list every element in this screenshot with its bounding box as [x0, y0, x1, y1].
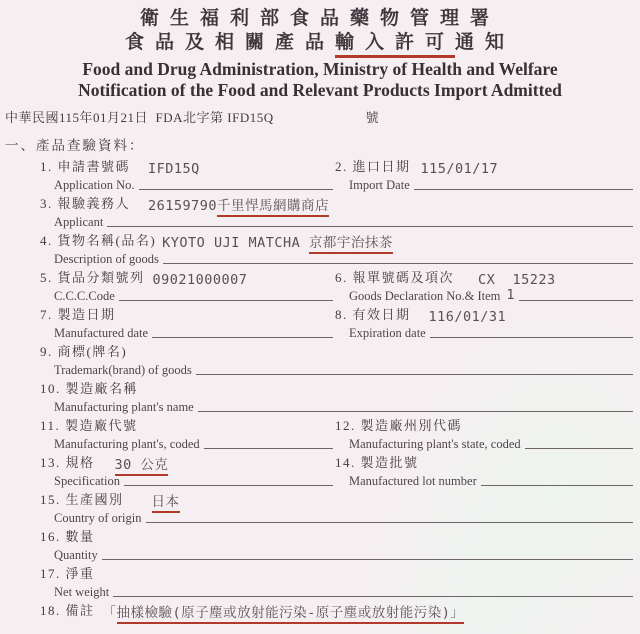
field-rule-line	[124, 485, 333, 486]
field-zh-label: 17. 淨重	[40, 563, 95, 582]
field-en-label: Country of origin	[54, 511, 142, 526]
document-title-zh-post: 通知	[455, 32, 515, 53]
field-en-label: Goods Declaration No.& Item	[349, 289, 500, 304]
field-country-of-origin: 15. 生產國別日本 Country of origin	[40, 489, 635, 524]
document-title-zh-red-underlined: 輸入許可	[335, 32, 455, 58]
field-en-label: Manufactured lot number	[349, 474, 477, 489]
field-en-label: Net weight	[54, 585, 109, 600]
field-en-label: Expiration date	[349, 326, 426, 341]
agency-title-en: Food and Drug Administration, Ministry o…	[0, 59, 640, 80]
document-title-zh: 食品及相關產品輸入許可通知	[0, 31, 640, 55]
field-remarks: 18. 備註「抽樣檢驗(原子塵或放射能污染-原子塵或放射能污染)」	[40, 600, 635, 619]
field-application-no: 1. 申請書號碼IFD15Q Application No.	[40, 156, 335, 191]
document-number-suffix: 號	[366, 110, 380, 125]
field-manufacturing-plant-code: 11. 製造廠代號 Manufacturing plant's, coded	[40, 415, 335, 450]
document-date-line: 中華民國115年01月21日 FDA北字第 IFD15Q號	[5, 107, 640, 126]
field-en-label: Manufacturing plant's state, coded	[349, 437, 521, 452]
field-rule-line	[119, 300, 333, 301]
field-specification: 13. 規格30 公克 Specification	[40, 452, 335, 487]
field-rule-line	[139, 189, 333, 190]
document-date-number: 中華民國115年01月21日 FDA北字第 IFD15Q	[5, 110, 274, 125]
field-zh-label: 12. 製造廠州別代碼	[335, 415, 462, 434]
field-value-red-underlined: 京都宇治抹茶	[309, 235, 393, 254]
field-value: IFD15Q	[148, 161, 200, 177]
field-zh-label: 7. 製造日期	[40, 304, 116, 323]
field-net-weight: 17. 淨重 Net weight	[40, 563, 635, 598]
field-rule-line	[198, 411, 633, 412]
field-quantity: 16. 數量 Quantity	[40, 526, 635, 561]
field-en-label: Import Date	[349, 178, 410, 193]
field-value-red-underlined: 30 公克	[115, 457, 169, 476]
field-rule-line	[196, 374, 633, 375]
field-zh-label: 3. 報驗義務人	[40, 193, 130, 212]
field-rule-line	[102, 559, 633, 560]
field-en-label: Applicant	[54, 215, 103, 230]
field-zh-label: 18. 備註	[40, 600, 95, 619]
field-value-plain: 26159790	[148, 198, 217, 214]
field-en-label: Manufactured date	[54, 326, 148, 341]
field-rule-line	[430, 337, 633, 338]
field-manufactured-date: 7. 製造日期 Manufactured date	[40, 304, 335, 339]
field-rule-line	[113, 596, 633, 597]
field-value: 116/01/31	[429, 309, 507, 325]
field-rule-line	[163, 263, 633, 264]
field-value: KYOTO UJI MATCHA 京都宇治抹茶	[162, 231, 393, 251]
field-en-label: C.C.C.Code	[54, 289, 115, 304]
field-manufacturing-plant-name: 10. 製造廠名稱 Manufacturing plant's name	[40, 378, 635, 413]
field-rule-line	[146, 522, 634, 523]
field-goods-declaration-no: 6. 報單號碼及項次CX 15223 Goods Declaration No.…	[335, 267, 635, 302]
field-value: 09021000007	[153, 272, 248, 288]
section-heading: 一、產品查驗資料：	[5, 134, 640, 154]
field-en-label: Application No.	[54, 178, 135, 193]
field-en-label: Specification	[54, 474, 120, 489]
field-value-plain: 「	[103, 605, 117, 621]
field-item-value: 1	[506, 287, 515, 303]
field-zh-label: 6. 報單號碼及項次	[335, 267, 454, 286]
field-value-red-underlined: 千里悍馬網購商店	[217, 198, 329, 217]
field-zh-label: 15. 生產國別	[40, 489, 124, 508]
field-zh-label: 8. 有效日期	[335, 304, 411, 323]
field-zh-label: 16. 數量	[40, 526, 95, 545]
field-value: 30 公克	[115, 453, 169, 473]
field-description-of-goods: 4. 貨物名稱(品名)KYOTO UJI MATCHA 京都宇治抹茶 Descr…	[40, 230, 635, 265]
field-rule-line	[204, 448, 333, 449]
field-zh-label: 13. 規格	[40, 452, 95, 471]
field-zh-label: 1. 申請書號碼	[40, 156, 130, 175]
field-zh-label: 14. 製造批號	[335, 452, 419, 471]
document-title-en: Notification of the Food and Relevant Pr…	[0, 80, 640, 101]
field-rule-line	[152, 337, 333, 338]
field-value: 「抽樣檢驗(原子塵或放射能污染-原子塵或放射能污染)」	[103, 601, 465, 621]
field-en-label: Manufacturing plant's, coded	[54, 437, 200, 452]
field-en-label: Quantity	[54, 548, 98, 563]
field-value: 115/01/17	[421, 161, 499, 177]
field-value: CX 15223	[478, 272, 556, 288]
field-zh-label: 9. 商標(牌名)	[40, 341, 127, 360]
field-rule-line	[481, 485, 633, 486]
agency-title-zh: 衛生福利部食品藥物管理署	[0, 0, 640, 31]
field-expiration-date: 8. 有效日期116/01/31 Expiration date	[335, 304, 635, 339]
scanned-import-permit-document: 衛生福利部食品藥物管理署 食品及相關產品輸入許可通知 Food and Drug…	[0, 0, 640, 634]
field-manufactured-lot-number: 14. 製造批號 Manufactured lot number	[335, 452, 635, 487]
form-fields: 1. 申請書號碼IFD15Q Application No. 2. 進口日期11…	[0, 156, 640, 619]
field-zh-label: 2. 進口日期	[335, 156, 411, 175]
field-manufacturing-plant-state-code: 12. 製造廠州別代碼 Manufacturing plant's state,…	[335, 415, 635, 450]
field-rule-line	[414, 189, 633, 190]
field-zh-label: 11. 製造廠代號	[40, 415, 138, 434]
field-zh-label: 5. 貨品分類號列	[40, 267, 145, 286]
field-rule-line	[525, 448, 633, 449]
field-value-red-underlined: 日本	[152, 494, 180, 513]
field-value: 26159790千里悍馬網購商店	[148, 194, 329, 214]
field-en-label: Trademark(brand) of goods	[54, 363, 192, 378]
field-rule-line	[107, 226, 633, 227]
field-value: 日本	[152, 490, 180, 510]
field-value-red-underlined: 抽樣檢驗(原子塵或放射能污染-原子塵或放射能污染)」	[117, 605, 465, 624]
field-en-label: Manufacturing plant's name	[54, 400, 194, 415]
field-ccc-code: 5. 貨品分類號列09021000007 C.C.C.Code	[40, 267, 335, 302]
field-en-label: Description of goods	[54, 252, 159, 267]
field-rule-line	[519, 300, 633, 301]
document-title-zh-pre: 食品及相關產品	[125, 32, 335, 53]
field-trademark: 9. 商標(牌名) Trademark(brand) of goods	[40, 341, 635, 376]
field-import-date: 2. 進口日期115/01/17 Import Date	[335, 156, 635, 191]
field-zh-label: 10. 製造廠名稱	[40, 378, 138, 397]
field-zh-label: 4. 貨物名稱(品名)	[40, 230, 156, 249]
field-applicant: 3. 報驗義務人26159790千里悍馬網購商店 Applicant	[40, 193, 635, 228]
field-value-plain: KYOTO UJI MATCHA	[162, 235, 309, 251]
